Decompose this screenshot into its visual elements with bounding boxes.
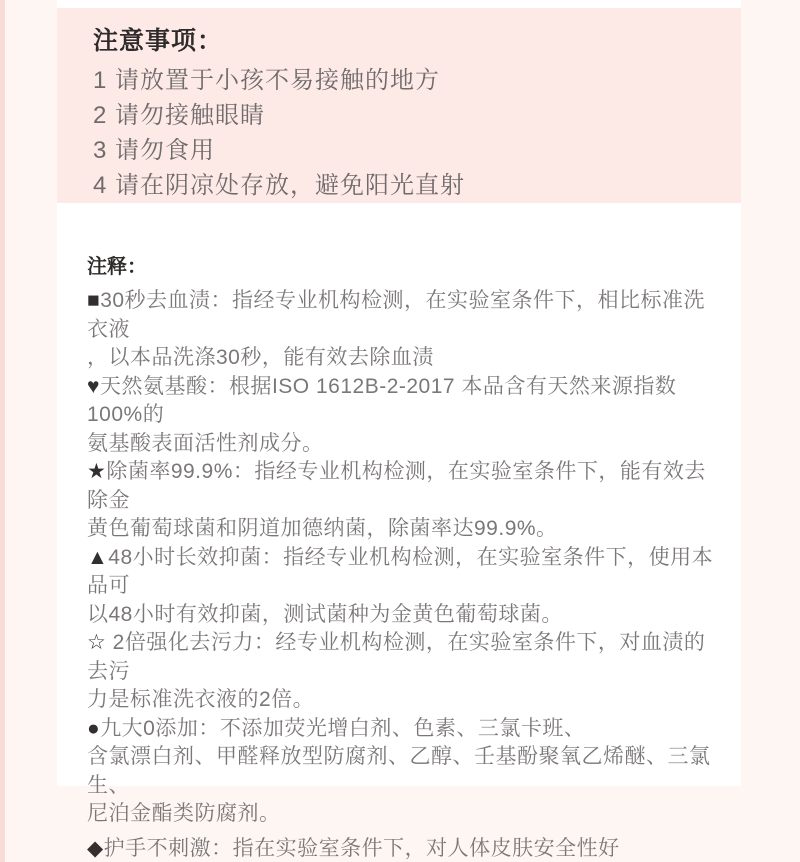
notes-title: 注释： [87, 255, 721, 279]
precautions-panel: 注意事项： 1 请放置于小孩不易接触的地方 2 请勿接触眼睛 3 请勿食用 4 … [57, 8, 741, 203]
circle-bullet-icon: ● [87, 717, 100, 740]
note-text: 48小时长效抑菌：指经专业机构检测，在实验室条件下，使用本品可 以48小时有效抑… [87, 546, 713, 626]
note-item: ★除菌率99.9%：指经专业机构检测，在实验室条件下，能有效去除金 黄色葡萄球菌… [87, 458, 721, 544]
star-bullet-icon: ★ [87, 460, 106, 483]
note-item: ◆护手不刺激：指在实验室条件下，对人体皮肤安全性好 [87, 835, 721, 862]
left-edge-strip [0, 0, 5, 862]
note-item: ■30秒去血渍：指经专业机构检测，在实验室条件下，相比标准洗衣液 ，以本品洗涤3… [87, 287, 721, 373]
triangle-bullet-icon: ▲ [87, 546, 108, 569]
note-item: ●九大0添加：不添加荧光增白剂、色素、三氯卡班、 含氯漂白剂、甲醛释放型防腐剂、… [87, 715, 721, 829]
precaution-item: 3 请勿食用 [93, 133, 721, 168]
note-text: 30秒去血渍：指经专业机构检测，在实验室条件下，相比标准洗衣液 ，以本品洗涤30… [87, 289, 705, 369]
note-item: ♥天然氨基酸：根据ISO 1612B-2-2017 本品含有天然来源指数100%… [87, 373, 721, 459]
note-text: 除菌率99.9%：指经专业机构检测，在实验室条件下，能有效去除金 黄色葡萄球菌和… [87, 460, 706, 540]
notes-section: 注释： ■30秒去血渍：指经专业机构检测，在实验室条件下，相比标准洗衣液 ，以本… [87, 255, 721, 862]
note-text: 2倍强化去污力：经专业机构检测，在实验室条件下，对血渍的去污 力是标准洗衣液的2… [87, 631, 705, 711]
note-text: 九大0添加：不添加荧光增白剂、色素、三氯卡班、 含氯漂白剂、甲醛释放型防腐剂、乙… [87, 717, 711, 826]
precaution-item: 4 请在阴凉处存放，避免阳光直射 [93, 168, 721, 203]
note-item: ☆ 2倍强化去污力：经专业机构检测，在实验室条件下，对血渍的去污 力是标准洗衣液… [87, 629, 721, 715]
precautions-title: 注意事项： [93, 26, 721, 56]
note-item: ▲48小时长效抑菌：指经专业机构检测，在实验室条件下，使用本品可 以48小时有效… [87, 544, 721, 630]
note-text: 护手不刺激：指在实验室条件下，对人体皮肤安全性好 [104, 837, 620, 860]
note-text: 天然氨基酸：根据ISO 1612B-2-2017 本品含有天然来源指数100%的… [87, 375, 676, 455]
precaution-item: 2 请勿接触眼睛 [93, 98, 721, 133]
square-bullet-icon: ■ [87, 289, 100, 312]
open-star-bullet-icon: ☆ [87, 631, 106, 654]
content-card: 注意事项： 1 请放置于小孩不易接触的地方 2 请勿接触眼睛 3 请勿食用 4 … [57, 0, 741, 786]
precaution-item: 1 请放置于小孩不易接触的地方 [93, 63, 721, 98]
diamond-bullet-icon: ◆ [87, 837, 104, 860]
heart-bullet-icon: ♥ [87, 375, 100, 398]
precautions-list: 1 请放置于小孩不易接触的地方 2 请勿接触眼睛 3 请勿食用 4 请在阴凉处存… [93, 63, 721, 203]
